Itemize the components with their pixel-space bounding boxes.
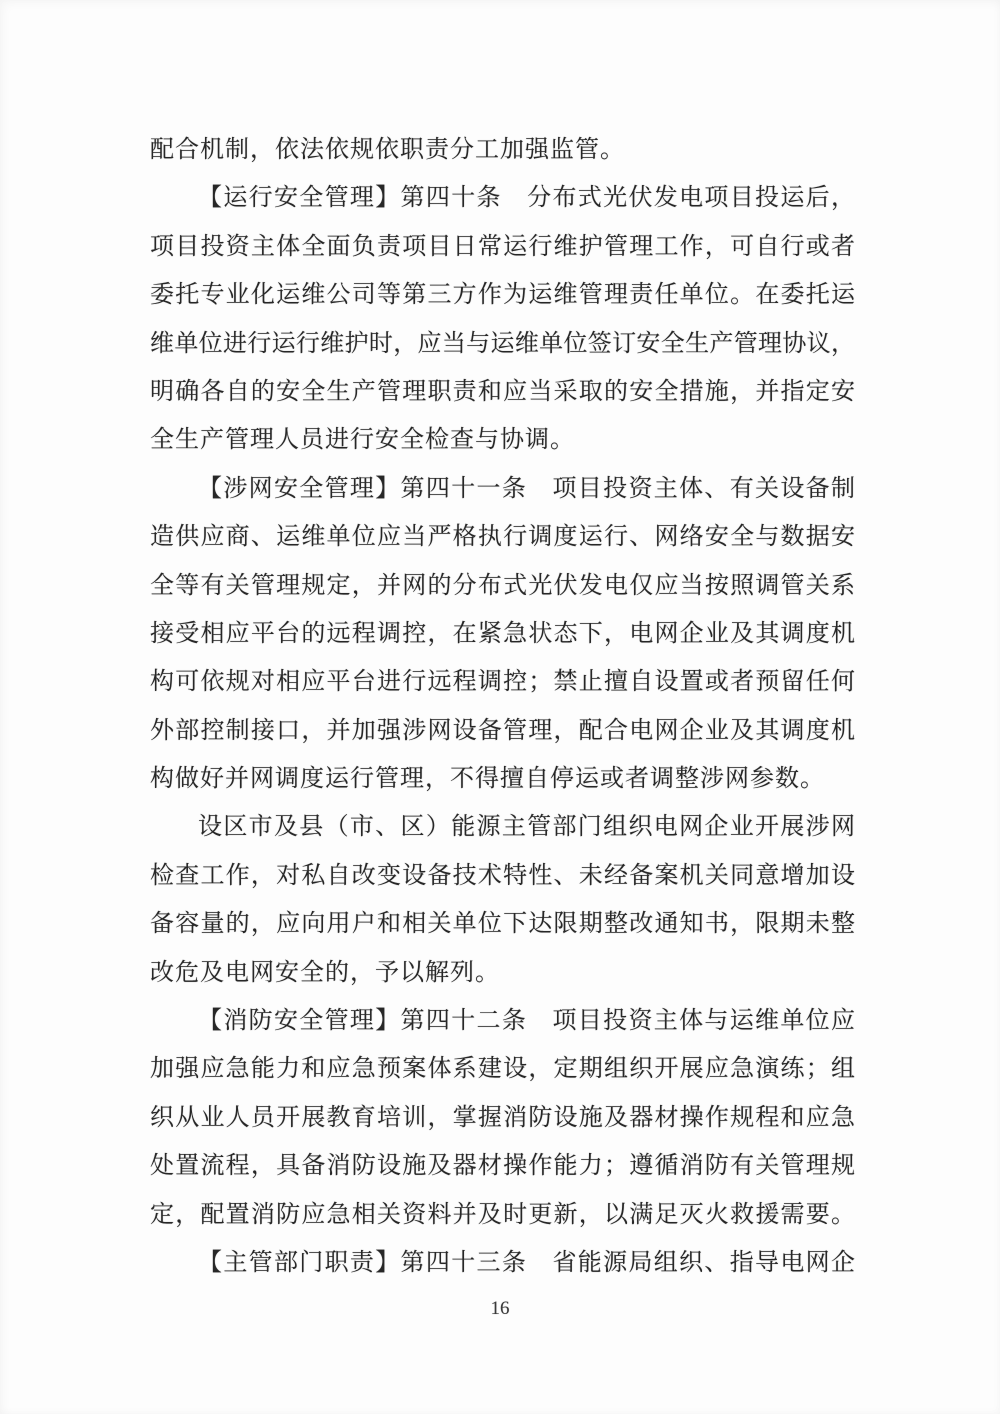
text-line: 维单位进行运行维护时，应当与运维单位签订安全生产管理协议， <box>150 320 855 368</box>
text-line: 【涉网安全管理】第四十一条 项目投资主体、有关设备制 <box>150 465 855 513</box>
text-line: 【消防安全管理】第四十二条 项目投资主体与运维单位应 <box>150 997 855 1045</box>
document-page: 配合机制，依法依规依职责分工加强监管。【运行安全管理】第四十条 分布式光伏发电项… <box>0 0 1000 1414</box>
text-line: 委托专业化运维公司等第三方作为运维管理责任单位。在委托运 <box>150 271 855 319</box>
document-body: 配合机制，依法依规依职责分工加强监管。【运行安全管理】第四十条 分布式光伏发电项… <box>150 126 855 1287</box>
text-line: 加强应急能力和应急预案体系建设，定期组织开展应急演练；组 <box>150 1045 855 1093</box>
text-line: 明确各自的安全生产管理职责和应当采取的安全措施，并指定安 <box>150 368 855 416</box>
text-line: 项目投资主体全面负责项目日常运行维护管理工作，可自行或者 <box>150 223 855 271</box>
text-line: 接受相应平台的远程调控，在紧急状态下，电网企业及其调度机 <box>150 610 855 658</box>
text-line: 【主管部门职责】第四十三条 省能源局组织、指导电网企 <box>150 1239 855 1287</box>
text-line: 配合机制，依法依规依职责分工加强监管。 <box>150 126 855 174</box>
text-line: 【运行安全管理】第四十条 分布式光伏发电项目投运后， <box>150 174 855 222</box>
text-line: 造供应商、运维单位应当严格执行调度运行、网络安全与数据安 <box>150 513 855 561</box>
text-line: 全生产管理人员进行安全检查与协调。 <box>150 416 855 464</box>
text-line: 外部控制接口，并加强涉网设备管理，配合电网企业及其调度机 <box>150 707 855 755</box>
text-line: 改危及电网安全的，予以解列。 <box>150 949 855 997</box>
text-line: 检查工作，对私自改变设备技术特性、未经备案机关同意增加设 <box>150 852 855 900</box>
page-number: 16 <box>0 1294 1000 1324</box>
text-line: 设区市及县（市、区）能源主管部门组织电网企业开展涉网 <box>150 803 855 851</box>
text-line: 处置流程，具备消防设施及器材操作能力；遵循消防有关管理规 <box>150 1142 855 1190</box>
text-line: 构做好并网调度运行管理，不得擅自停运或者调整涉网参数。 <box>150 755 855 803</box>
text-line: 织从业人员开展教育培训，掌握消防设施及器材操作规程和应急 <box>150 1094 855 1142</box>
text-line: 备容量的，应向用户和相关单位下达限期整改通知书，限期未整 <box>150 900 855 948</box>
text-line: 全等有关管理规定，并网的分布式光伏发电仅应当按照调管关系 <box>150 562 855 610</box>
text-line: 构可依规对相应平台进行远程调控；禁止擅自设置或者预留任何 <box>150 658 855 706</box>
text-line: 定，配置消防应急相关资料并及时更新，以满足灭火救援需要。 <box>150 1191 855 1239</box>
